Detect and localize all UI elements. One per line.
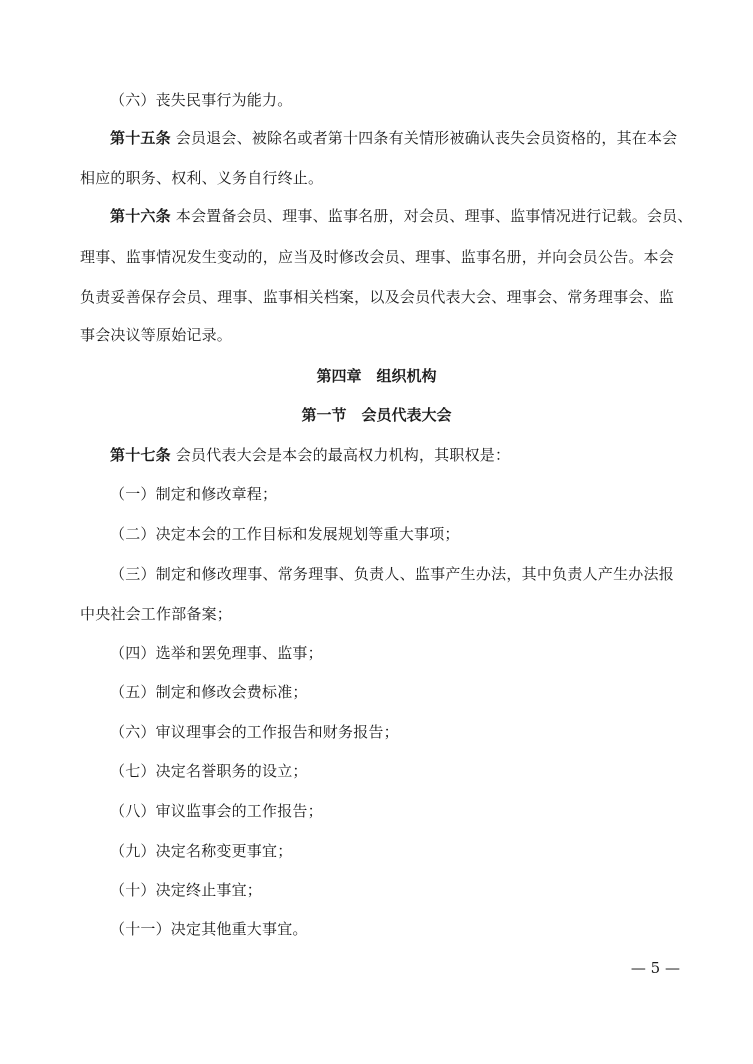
section-heading: 第一节 会员代表大会	[0, 405, 753, 425]
list-item: （一）制定和修改章程；	[110, 484, 674, 504]
list-item: （三）制定和修改理事、常务理事、负责人、监事产生办法，其中负责人产生办法报	[110, 564, 674, 584]
list-item: （四）选举和罢免理事、监事；	[110, 643, 674, 663]
list-item: （六）审议理事会的工作报告和财务报告；	[110, 722, 674, 742]
article-16-line-1: 第十六条 本会置备会员、理事、监事名册，对会员、理事、监事情况进行记载。会员、	[110, 206, 674, 226]
article-16-line-2: 理事、监事情况发生变动的，应当及时修改会员、理事、监事名册，并向会员公告。本会	[80, 247, 674, 267]
list-item: （十一）决定其他重大事宜。	[110, 919, 674, 939]
article-15-label: 第十五条	[110, 129, 171, 147]
list-item-continuation: 中央社会工作部备案；	[80, 604, 674, 624]
article-17-label: 第十七条	[110, 446, 171, 464]
list-item: （八）审议监事会的工作报告；	[110, 801, 674, 821]
document-page: （六）丧失民事行为能力。 第十五条 会员退会、被除名或者第十四条有关情形被确认丧…	[0, 0, 753, 1064]
article-16-line-3: 负责妥善保存会员、理事、监事相关档案，以及会员代表大会、理事会、常务理事会、监	[80, 287, 674, 307]
article-17: 第十七条 会员代表大会是本会的最高权力机构，其职权是：	[110, 445, 674, 465]
article-16-line-4: 事会决议等原始记录。	[80, 325, 674, 345]
item-loss-of-capacity: （六）丧失民事行为能力。	[110, 90, 674, 110]
list-item: （十）决定终止事宜；	[110, 880, 674, 900]
list-item: （二）决定本会的工作目标和发展规划等重大事项；	[110, 524, 674, 544]
page-number: — 5 —	[620, 958, 680, 978]
article-16-label: 第十六条	[110, 207, 171, 225]
chapter-heading: 第四章 组织机构	[0, 366, 753, 386]
article-15-line-1: 第十五条 会员退会、被除名或者第十四条有关情形被确认丧失会员资格的，其在本会	[110, 128, 674, 148]
list-item: （五）制定和修改会费标准；	[110, 682, 674, 702]
article-15-line-2: 相应的职务、权利、义务自行终止。	[80, 168, 674, 188]
list-item: （九）决定名称变更事宜；	[110, 841, 674, 861]
list-item: （七）决定名誉职务的设立；	[110, 761, 674, 781]
